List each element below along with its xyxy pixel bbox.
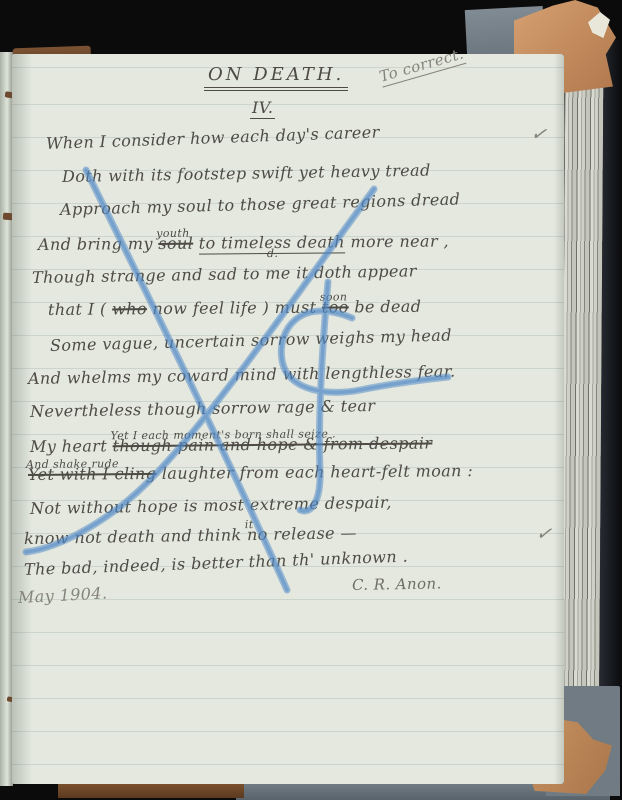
page-stack-edge [559,52,603,788]
poem-numeral: IV. [250,98,275,119]
notebook-page [12,54,564,784]
signature: C. R. Anon. [352,574,442,594]
checkmark-bottom: ✓ [535,522,554,546]
spine-leather-bottom [58,782,244,798]
notebook-photo: ON DEATH. IV. To correct. ✓ ✓ May 1904. … [0,0,622,800]
poem-title: ON DEATH. [204,64,348,91]
checkmark-top: ✓ [529,122,548,146]
